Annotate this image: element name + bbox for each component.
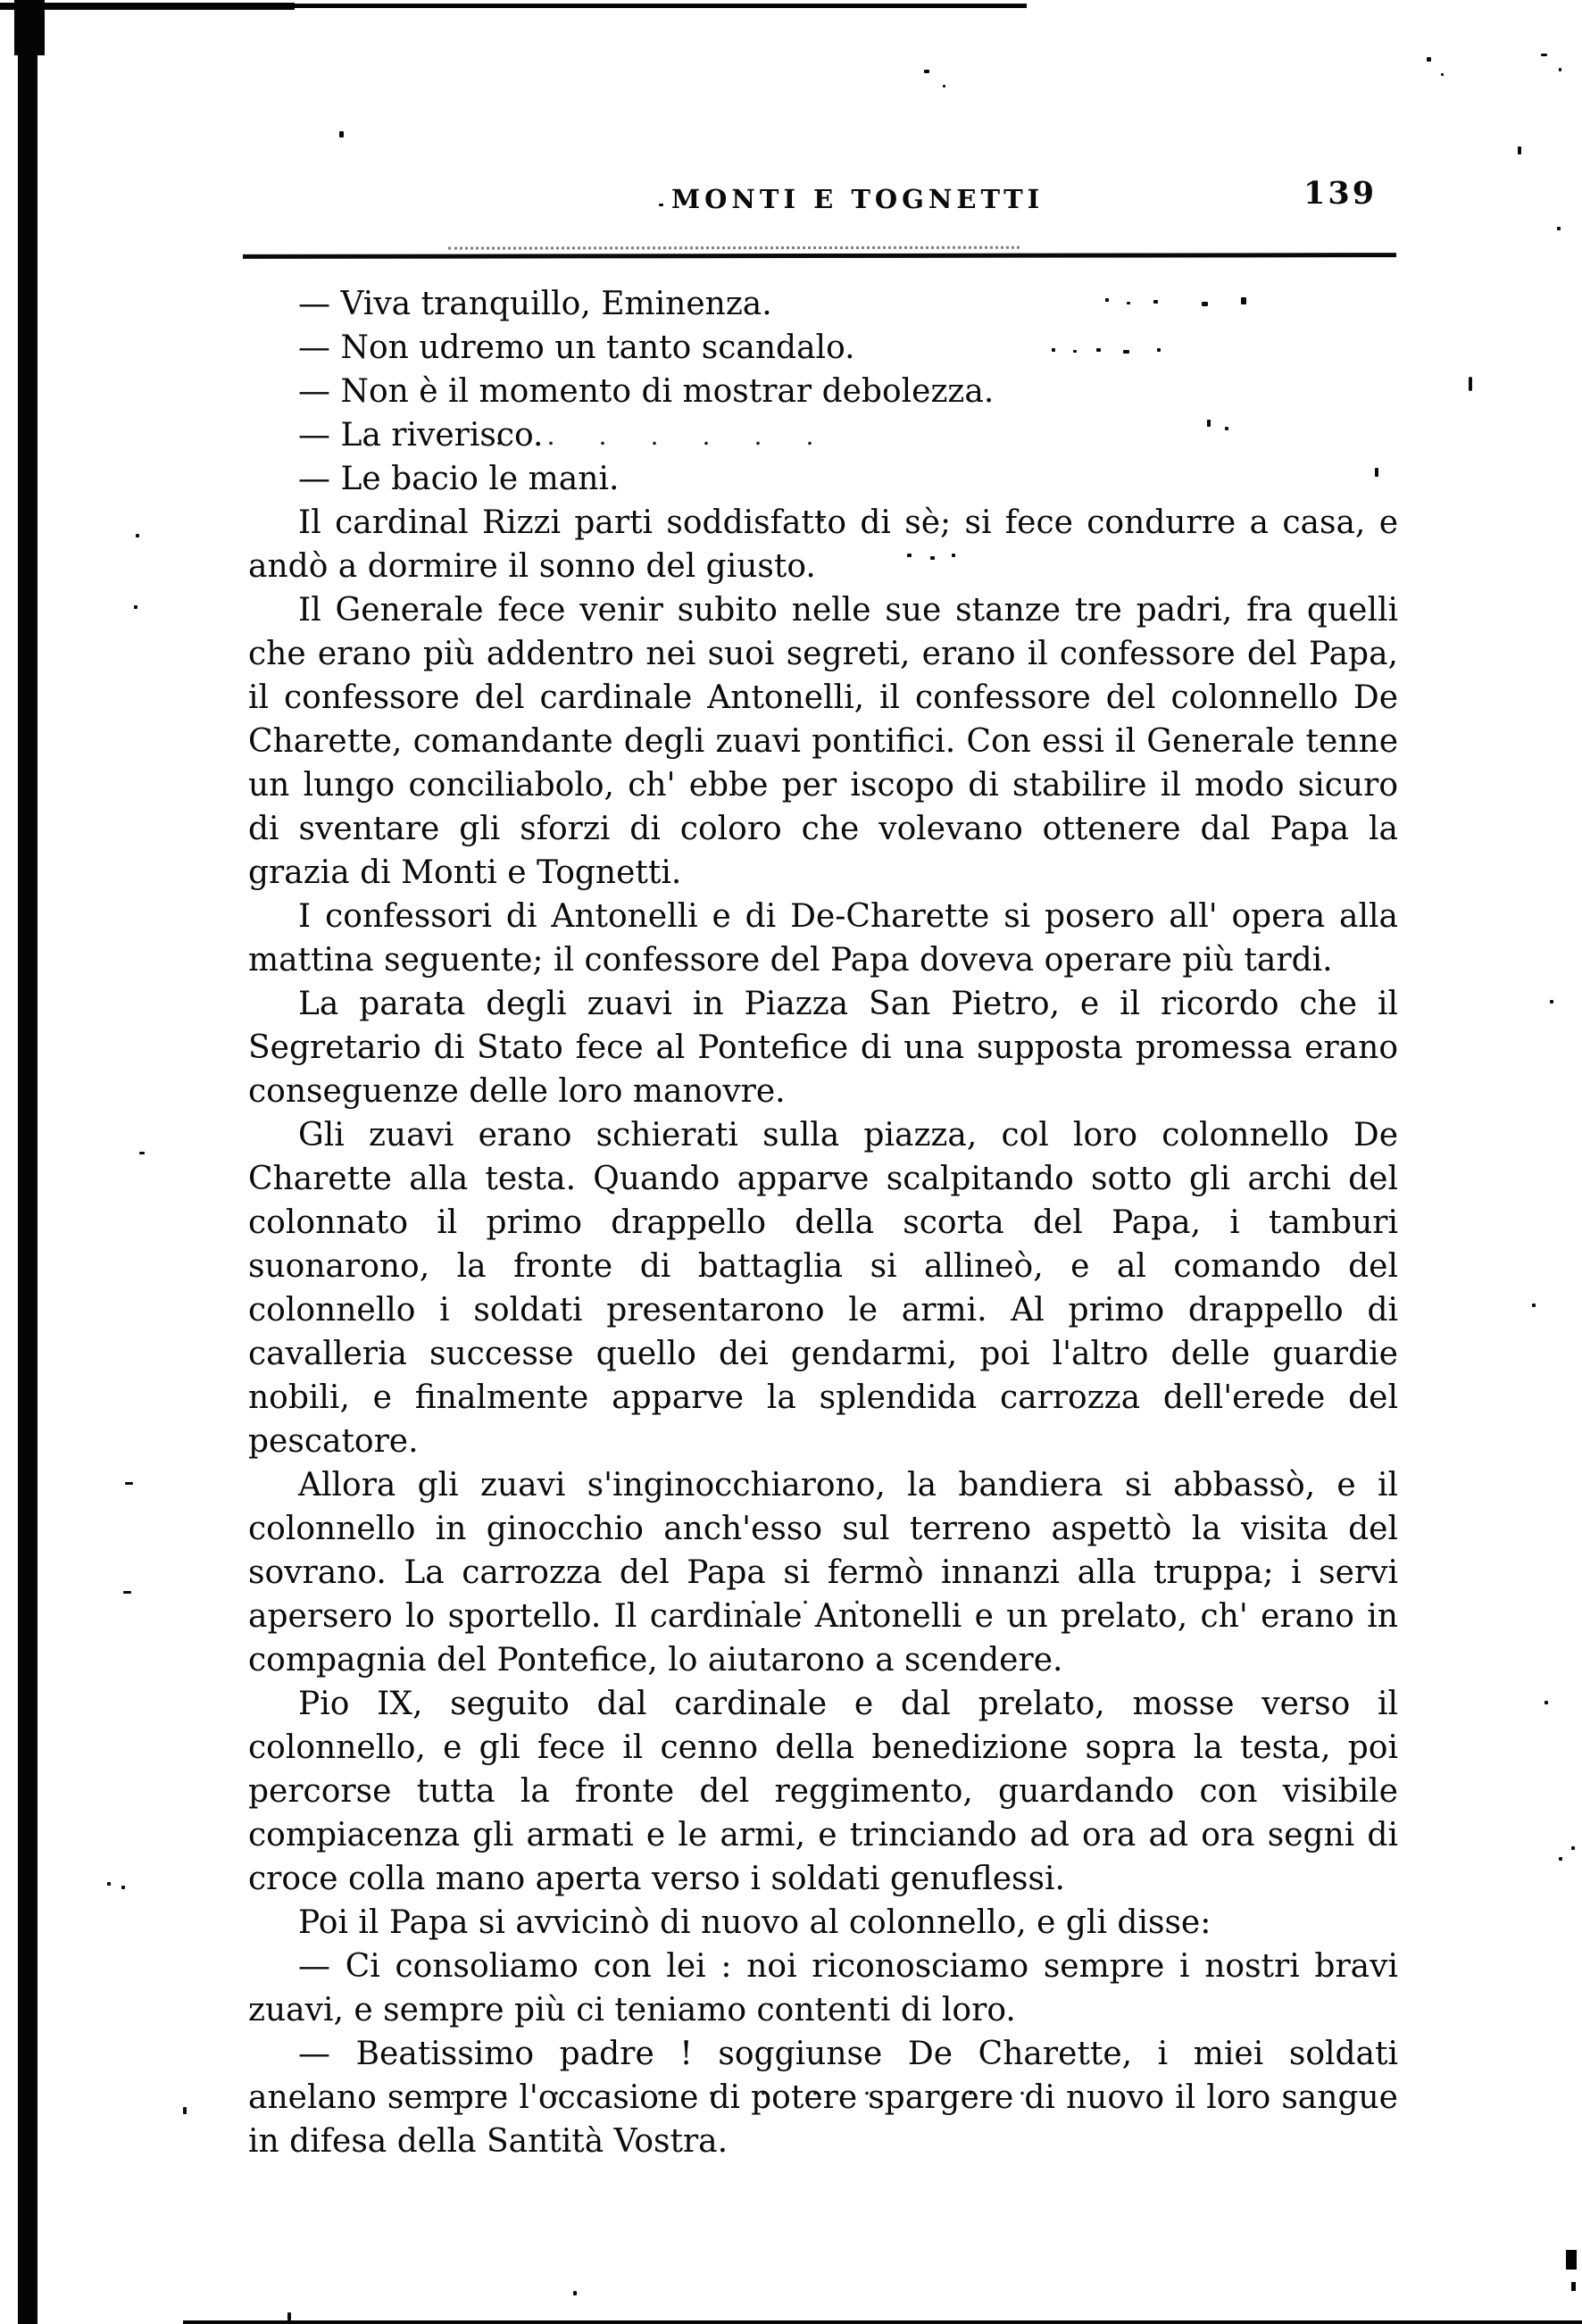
paragraph: I confessori di Antonelli e di De-Charet… <box>248 895 1398 982</box>
scan-top-edge-line <box>0 3 295 10</box>
dialogue-line: — Non è il momento di mostrar debolezza. <box>248 370 1398 413</box>
scan-bottom-edge-line <box>183 2320 1582 2324</box>
noise-speck <box>1518 146 1521 154</box>
header-rule <box>243 253 1396 259</box>
paragraph: Allora gli zuavi s'inginocchiarono, la b… <box>248 1463 1398 1682</box>
noise-speck <box>1225 427 1228 430</box>
noise-speck <box>1241 297 1246 304</box>
noise-speck <box>125 1482 133 1485</box>
noise-speck <box>1052 348 1055 352</box>
noise-speck <box>121 1886 125 1889</box>
noise-speck <box>1202 302 1208 306</box>
noise-speck <box>1532 1304 1536 1307</box>
noise-speck <box>573 2291 577 2295</box>
dot-leader <box>473 441 857 446</box>
paragraph: La parata degli zuavi in Piazza San Piet… <box>248 982 1398 1113</box>
running-header-title: MONTI E TOGNETTI <box>671 184 1044 214</box>
paragraph: Gli zuavi erano schierati sulla piazza, … <box>248 1113 1398 1463</box>
noise-speck <box>1427 57 1431 62</box>
noise-speck <box>107 1882 111 1886</box>
paragraph: Il cardinal Rizzi parti soddisfatto di s… <box>248 501 1398 588</box>
scan-right-edge-mark <box>1571 2282 1576 2291</box>
noise-speck <box>1559 1857 1562 1861</box>
paragraph: Poi il Papa si avvicinò di nuovo al colo… <box>248 1901 1398 1945</box>
noise-speck <box>183 2107 187 2114</box>
noise-speck <box>1375 468 1378 477</box>
dialogue-line: — Non udremo un tanto scandalo. <box>248 326 1398 370</box>
noise-speck <box>287 2312 291 2320</box>
dialogue-line: — Beatissimo padre ! soggiunse De Charet… <box>248 2032 1398 2163</box>
text-block: — Viva tranquillo, Eminenza. — Non udrem… <box>248 282 1398 2163</box>
noise-speck <box>930 556 935 560</box>
noise-speck <box>659 204 663 206</box>
scanned-book-page: { "header": { "title": "MONTI E TOGNETTI… <box>0 0 1582 2324</box>
paragraph: Pio IX, seguito dal cardinale e dal prel… <box>248 1682 1398 1901</box>
noise-speck <box>924 70 929 73</box>
noise-speck <box>943 85 945 87</box>
noise-speck <box>1571 1846 1575 1850</box>
noise-speck <box>1123 350 1129 354</box>
noise-speck <box>134 605 137 609</box>
dot-leader <box>375 2091 1036 2095</box>
dialogue-line: — La riverisco. <box>248 413 1398 457</box>
noise-speck <box>136 534 139 537</box>
noise-speck <box>1557 227 1561 230</box>
noise-speck <box>907 554 912 557</box>
noise-speck <box>1541 54 1547 56</box>
noise-speck <box>1153 300 1158 304</box>
dot-leader <box>728 1600 862 1604</box>
noise-speck <box>1545 1701 1548 1704</box>
dialogue-line: — Viva tranquillo, Eminenza. <box>248 282 1398 326</box>
dot-leader <box>796 518 903 522</box>
noise-speck <box>139 1152 145 1154</box>
noise-speck <box>1127 302 1130 304</box>
scan-left-edge-bar <box>18 0 37 2324</box>
scan-right-edge-mark <box>1566 2250 1577 2270</box>
noise-speck <box>123 1591 131 1594</box>
page-number: 139 <box>1303 175 1377 212</box>
scan-top-edge-line <box>295 4 1027 8</box>
noise-speck <box>1096 348 1101 352</box>
noise-speck <box>1073 350 1077 353</box>
noise-speck <box>1550 1000 1553 1004</box>
noise-speck <box>1157 348 1161 352</box>
dialogue-line: — Le bacio le mani. <box>248 457 1398 501</box>
noise-speck <box>1105 298 1109 302</box>
noise-speck <box>1559 68 1561 71</box>
noise-speck <box>1469 377 1472 391</box>
noise-speck <box>339 131 344 137</box>
noise-speck <box>1441 73 1444 76</box>
noise-speck <box>1207 420 1211 427</box>
paragraph: Il Generale fece venir subito nelle sue … <box>248 588 1398 895</box>
dialogue-line: — Ci consoliamo con lei : noi riconoscia… <box>248 1945 1398 2032</box>
noise-speck <box>952 554 955 557</box>
